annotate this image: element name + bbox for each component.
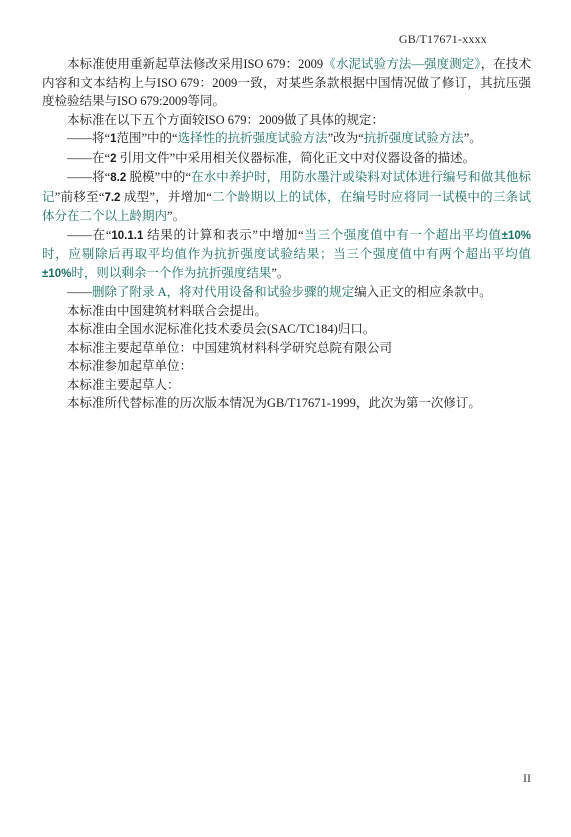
text-run: 引用文件”中采用相关仪器标准，简化正文中对仪器设备的描述。 [116,151,475,165]
document-body: 本标准使用重新起草法修改采用ISO 679：2009《水泥试验方法—强度测定》，… [42,55,531,413]
text-run: ”前移至“ [55,190,105,204]
text-run: ”。 [464,131,482,145]
text-run: 本标准使用重新起草法修改采用ISO 679：2009 [67,57,323,71]
paragraph: 本标准由全国水泥标准化技术委员会(SAC/TC184)归口。 [42,320,531,339]
paragraph: ——在“2 引用文件”中采用相关仪器标准，简化正文中对仪器设备的描述。 [42,149,531,169]
paragraph: ——删除了附录 A，将对代用设备和试验步骤的规定编入正文的相应条款中。 [42,283,531,302]
text-run: 8.2 [110,172,126,184]
text-run: 10.1.1 [111,230,143,242]
text-run: 时，应剔除后再取平均值作为抗折强度试验结果；当三个强度值中有两个超出平均值 [42,247,531,261]
text-run: ——将“ [67,131,110,145]
text-run: 本标准主要起草单位：中国建筑材料科学研究总院有限公司 [67,341,392,355]
text-run: ±10% [42,268,71,280]
text-run: —— [67,285,92,299]
text-run: 抗折强度试验方法 [364,131,464,145]
text-run: 脱模”中的“ [126,170,191,184]
text-run: ”。 [167,209,185,223]
text-run: 编入正文的相应条款中。 [354,285,492,299]
document-page: GB/T17671-xxxx 本标准使用重新起草法修改采用ISO 679：200… [0,0,571,837]
text-run: 本标准所代替标准的历次版本情况为GB/T17671-1999，此次为第一次修订。 [67,396,481,410]
text-run: 本标准由中国建筑材料联合会提出。 [67,304,267,318]
text-run: ——将“ [67,170,110,184]
text-run: ”。 [271,266,289,280]
text-run: 范围”中的“ [116,131,177,145]
paragraph: 本标准主要起草单位：中国建筑材料科学研究总院有限公司 [42,339,531,358]
text-run: ±10% [502,230,531,242]
text-run: 本标准在以下五个方面较ISO 679：2009做了具体的规定： [67,113,384,127]
text-run: 当三个强度值中有一个超出平均值 [304,228,502,242]
text-run: 7.2 [104,192,120,204]
paragraph: 本标准在以下五个方面较ISO 679：2009做了具体的规定： [42,111,531,130]
text-run: 结果的计算和表示”中增加“ [143,228,303,242]
text-run: 本标准主要起草人： [67,378,180,392]
paragraph: 本标准所代替标准的历次版本情况为GB/T17671-1999，此次为第一次修订。 [42,394,531,413]
page-number: II [0,771,531,786]
paragraph: 本标准主要起草人： [42,376,531,395]
paragraph: 本标准由中国建筑材料联合会提出。 [42,302,531,321]
text-run: 《水泥试验方法—强度测定》 [323,57,481,71]
paragraph: ——在“10.1.1 结果的计算和表示”中增加“当三个强度值中有一个超出平均值±… [42,226,531,284]
paragraph: ——将“8.2 脱模”中的“在水中养护时，用防水墨汁或染料对试体进行编号和做其他… [42,168,531,226]
text-run: ”改为“ [328,131,364,145]
text-run: 删除了附录 A，将对代用设备和试验步骤的规定 [92,285,354,299]
standard-number: GB/T17671-xxxx [0,32,487,47]
text-run: 成型”，并增加“ [120,190,211,204]
text-run: 选择性的抗折强度试验方法 [178,131,328,145]
text-run: 本标准参加起草单位： [67,359,192,373]
paragraph: 本标准使用重新起草法修改采用ISO 679：2009《水泥试验方法—强度测定》，… [42,55,531,111]
text-run: ——在“ [67,228,111,242]
paragraph: ——将“1范围”中的“选择性的抗折强度试验方法”改为“抗折强度试验方法”。 [42,129,531,149]
text-run: 时，则以剩余一个作为抗折强度结果 [71,266,271,280]
paragraph: 本标准参加起草单位： [42,357,531,376]
text-run: ——在“ [67,151,110,165]
text-run: 本标准由全国水泥标准化技术委员会(SAC/TC184)归口。 [67,322,375,336]
